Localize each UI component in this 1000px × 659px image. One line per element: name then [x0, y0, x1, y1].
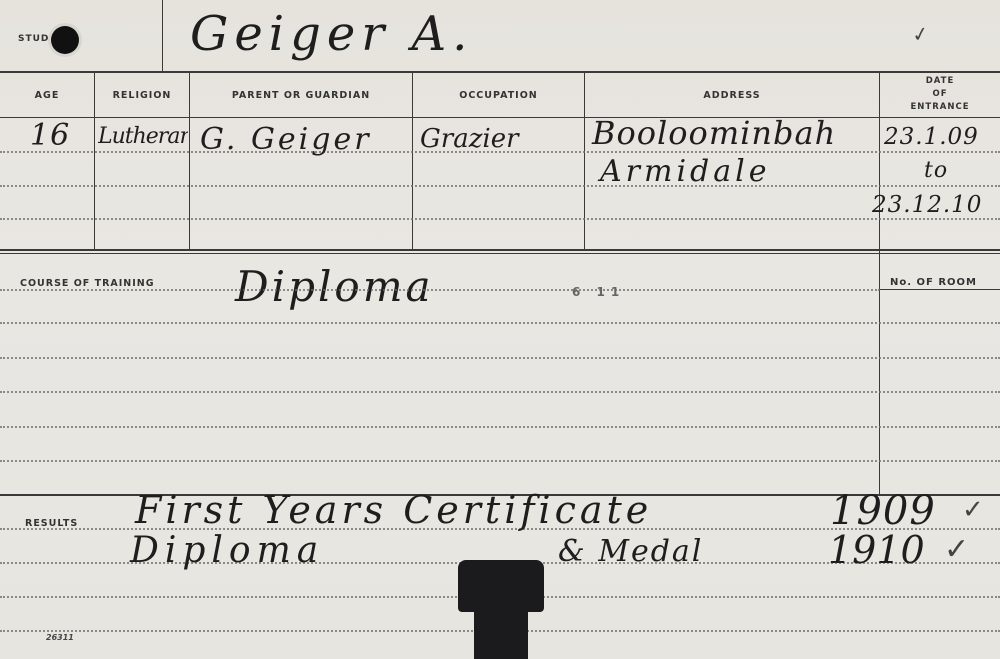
parent-value: G. Geiger — [200, 122, 372, 157]
form-number: 26311 — [46, 633, 74, 642]
parent-label: PARENT OR GUARDIAN — [190, 90, 412, 101]
col-divider-address — [879, 72, 880, 495]
header-top-rule — [0, 71, 1000, 73]
date-label-3: ENTRANCE — [880, 102, 1000, 112]
room-label: No. OF ROOM — [890, 277, 977, 288]
age-label: AGE — [0, 90, 94, 101]
name-check-mark: ✓ — [910, 21, 931, 48]
address-line-1: Booloominbah — [592, 114, 836, 152]
student-record-card: STUDENT Geiger A. ✓ AGE RELIGION PARENT … — [0, 0, 1000, 659]
entrance-date-to-word: to — [924, 158, 948, 183]
occupation-value: Grazier — [420, 124, 519, 154]
entrance-date-to: 23.12.10 — [872, 192, 982, 218]
course-dotline-1 — [0, 289, 880, 291]
course-dotline-4 — [0, 391, 1000, 393]
entrance-date-from: 23.1.09 — [884, 124, 979, 150]
result-2-extra: & Medal — [558, 534, 703, 569]
course-label: COURSE OF TRAINING — [20, 278, 155, 289]
course-dotline-2 — [0, 322, 1000, 324]
results-label: RESULTS — [25, 518, 78, 529]
room-label-rule — [880, 289, 1000, 290]
result-1-check: ✓ — [962, 495, 984, 525]
hole-punch — [51, 26, 79, 54]
occupation-label: OCCUPATION — [413, 90, 584, 101]
result-2-check: ✓ — [944, 532, 969, 567]
course-dotline-3 — [0, 357, 1000, 359]
header-bottom-rule — [0, 117, 1000, 118]
course-dotline-5 — [0, 426, 1000, 428]
result-2-year: 1910 — [828, 528, 925, 572]
address-line-2: Armidale — [600, 154, 771, 189]
address-label: ADDRESS — [585, 90, 879, 101]
course-stamp: 6 11 — [572, 285, 625, 299]
course-dotline-6 — [0, 460, 1000, 462]
card-index-notch-stem — [474, 600, 528, 659]
result-1-text: First Years Certificate — [135, 488, 652, 532]
row-dotline-3 — [0, 218, 1000, 220]
course-value: Diploma — [235, 262, 434, 311]
result-2-text: Diploma — [130, 530, 324, 571]
age-value: 16 — [30, 118, 70, 153]
section-rule-b — [0, 253, 1000, 254]
religion-label: RELIGION — [95, 90, 189, 101]
row-dotline-2 — [0, 185, 1000, 187]
section-rule-a — [0, 249, 1000, 251]
religion-value: Lutheran — [98, 124, 188, 149]
name-divider — [162, 0, 163, 72]
date-label-1: DATE — [880, 76, 1000, 86]
student-name: Geiger A. — [190, 6, 473, 62]
date-label-2: OF — [880, 89, 1000, 99]
